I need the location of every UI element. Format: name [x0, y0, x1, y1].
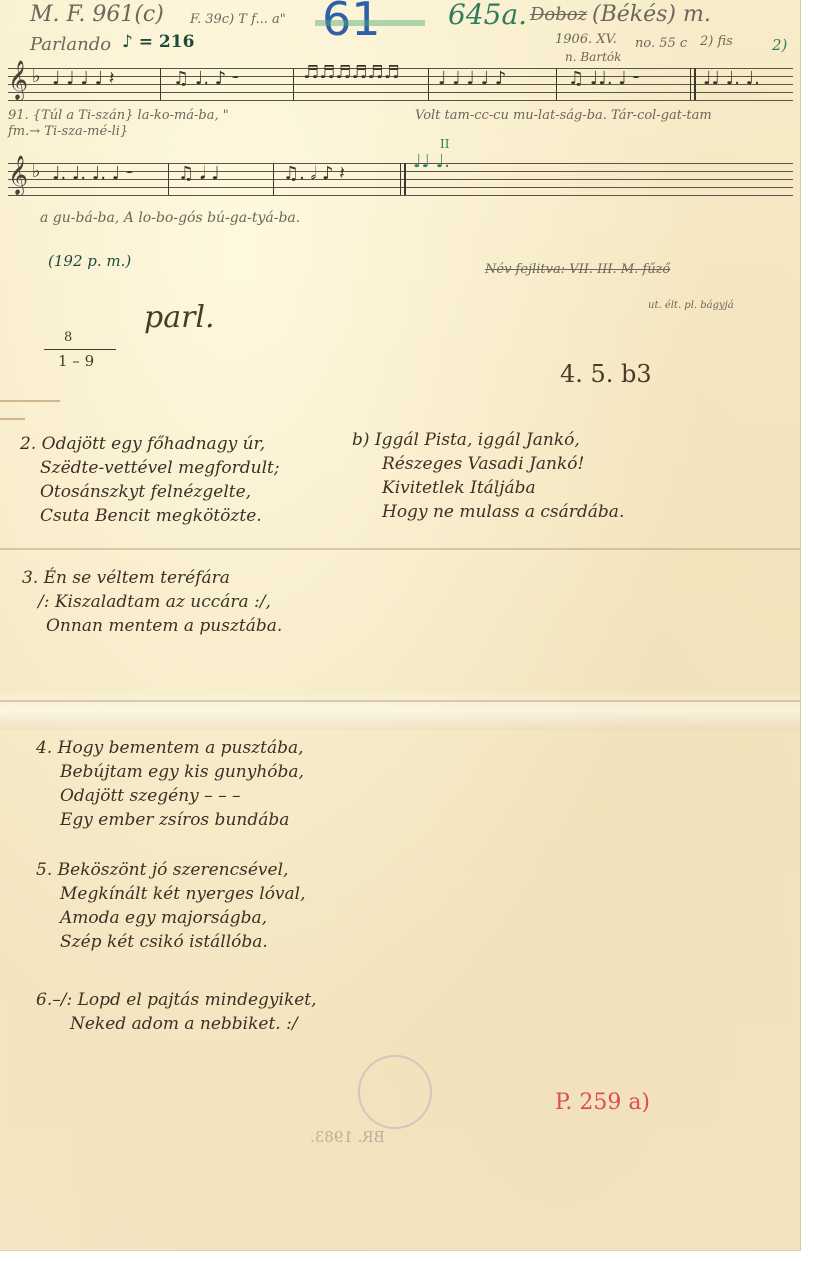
stanza-line: Hogy ne mulass a csárdába.: [352, 500, 624, 524]
stanza-line: –/: Lopd el pajtás mindegyiket,: [52, 990, 316, 1010]
repeat-barline: [694, 68, 696, 100]
structure-numbers: 4. 5. b3: [560, 360, 652, 388]
treble-clef-icon: 𝄞: [8, 60, 28, 100]
barline: [273, 163, 274, 195]
stanza-line: Kivitetlek Itáljába: [352, 476, 624, 500]
lyrics-line-1-right: Volt tam-cc-cu mu-lat-ság-ba. Tár-col-ga…: [415, 108, 712, 123]
red-reference: P. 259 a): [555, 1090, 650, 1115]
staff-system-1: 𝄞 ♭ ♩ ♩ ♩ ♩ 𝄽 ♫ ♩. ♪ 𝄼 ♬♬♬♬♬♬ ♩ ♩ ♩ ♩ ♪ …: [8, 68, 793, 100]
barline: [556, 68, 557, 100]
lyrics-line-1: 91. {Túl a Ti-szán} la-ko-má-ba, ": [8, 108, 229, 123]
inventory-number: BR. 1983.: [310, 1128, 385, 1146]
fold-line: [0, 548, 800, 550]
roman-marker: II: [440, 137, 449, 151]
stanza-line: Megkínált két nyerges lóval,: [36, 882, 306, 906]
place: (Békés) m.: [592, 2, 711, 27]
stanza-number: 3.: [22, 568, 38, 588]
lyrics-line-1-alt: fm.→ Ti-sza-mé-li}: [8, 124, 128, 139]
green-highlight: [315, 20, 425, 26]
lyrics-line-2: a gu-bá-ba, A lo-bo-gós bú-ga-tyá-ba.: [40, 210, 300, 226]
stanza-number: 5.: [36, 860, 52, 880]
stanza-line: Bebújtam egy kis gunyhóba,: [36, 760, 304, 784]
stanza-line: Odajött szegény – – –: [36, 784, 304, 808]
catalog-ref: M. F. 961(c): [30, 2, 164, 27]
parl-label: parl.: [144, 300, 215, 335]
stanza-line: Amoda egy majorságba,: [36, 906, 306, 930]
treble-clef-icon: 𝄞: [8, 155, 28, 195]
barline: [428, 68, 429, 100]
stanza-line: /: Kiszaladtam az uccára :/,: [22, 590, 282, 614]
stanza-line: Részeges Vasadi Jankó!: [352, 452, 624, 476]
page-ref: (192 p. m.): [48, 252, 131, 270]
repeat-barline: [404, 163, 406, 195]
stanza-number: 4.: [36, 738, 52, 758]
stanza-number: 2.: [20, 434, 36, 454]
tempo-label: Parlando: [30, 34, 111, 55]
staff-system-2: 𝄞 ♭ ♩. ♩. ♩. ♩ 𝄼 ♫ 𝅘𝅥 ♩ ♫. 𝅗𝅥 ♪ 𝄽 ♩♩ ♩. …: [8, 163, 793, 195]
tempo-value: ♪ = 216: [122, 32, 194, 52]
fraction-bar: [44, 349, 116, 350]
secondary-ref: F. 39c) T f... a": [190, 12, 286, 27]
stanza-6: 6.–/: Lopd el pajtás mindegyiket, Neked …: [36, 988, 317, 1036]
collector: n. Bartók: [565, 50, 621, 64]
fraction-top: 8: [64, 330, 72, 345]
stanza-line: Neked adom a nebbiket. :/: [36, 1012, 317, 1036]
fold-line: [0, 700, 800, 702]
stanza-4: 4. Hogy bementem a pusztába, Bebújtam eg…: [36, 736, 304, 832]
stanza-5: 5. Beköszönt jó szerencsével, Megkínált …: [36, 858, 306, 954]
green-catalog-number: 645a.: [448, 0, 527, 31]
barline: [690, 68, 691, 100]
stanza-line: Én se véltem teréfára: [44, 568, 230, 588]
pitch-note: 2) fis: [700, 34, 733, 49]
stanza-line: Egy ember zsíros bundába: [36, 808, 304, 832]
place-struck: Doboz: [530, 4, 587, 25]
stanza-b: b) Iggál Pista, iggál Jankó, Részeges Va…: [352, 428, 624, 524]
barline: [293, 68, 294, 100]
struck-note-1: Név fejlitva: VII. III. M. fűző: [485, 262, 670, 277]
paper-stain: [0, 418, 25, 420]
note-right: no. 55 c: [635, 36, 687, 51]
green-mark: 2): [772, 36, 787, 54]
paper-stain: [0, 400, 60, 402]
fraction-bottom: 1 – 9: [58, 352, 94, 370]
stanza-line: Szëdte-vettével megfordult;: [20, 456, 280, 480]
library-stamp: [358, 1055, 432, 1129]
manuscript-page: M. F. 961(c) F. 39c) T f... a" 61 645a. …: [0, 0, 801, 1251]
stanza-3: 3. Én se véltem teréfára /: Kiszaladtam …: [22, 566, 282, 638]
stanza-2: 2. Odajött egy főhadnagy úr, Szëdte-vett…: [20, 432, 280, 528]
stanza-number: 6.: [36, 990, 52, 1010]
fold-band: [0, 690, 800, 730]
stanza-line: Szép két csikó istállóba.: [36, 930, 306, 954]
stanza-line: Iggál Pista, iggál Jankó,: [375, 430, 580, 450]
flat-icon: ♭: [32, 68, 41, 86]
flat-icon: ♭: [32, 163, 41, 181]
stanza-line: Hogy bementem a pusztába,: [58, 738, 304, 758]
struck-note-2: ut. élt. pl. bágyjá: [648, 300, 734, 311]
stanza-number: b): [352, 430, 370, 450]
date: 1906. XV.: [555, 32, 617, 47]
stanza-line: Odajött egy főhadnagy úr,: [42, 434, 266, 454]
barline: [400, 163, 401, 195]
barline: [160, 68, 161, 100]
stanza-line: Csuta Bencit megkötözte.: [20, 504, 280, 528]
stanza-line: Beköszönt jó szerencsével,: [58, 860, 289, 880]
barline: [168, 163, 169, 195]
stanza-line: Otosánszkyt felnézgelte,: [20, 480, 280, 504]
stanza-line: Onnan mentem a pusztába.: [22, 614, 282, 638]
